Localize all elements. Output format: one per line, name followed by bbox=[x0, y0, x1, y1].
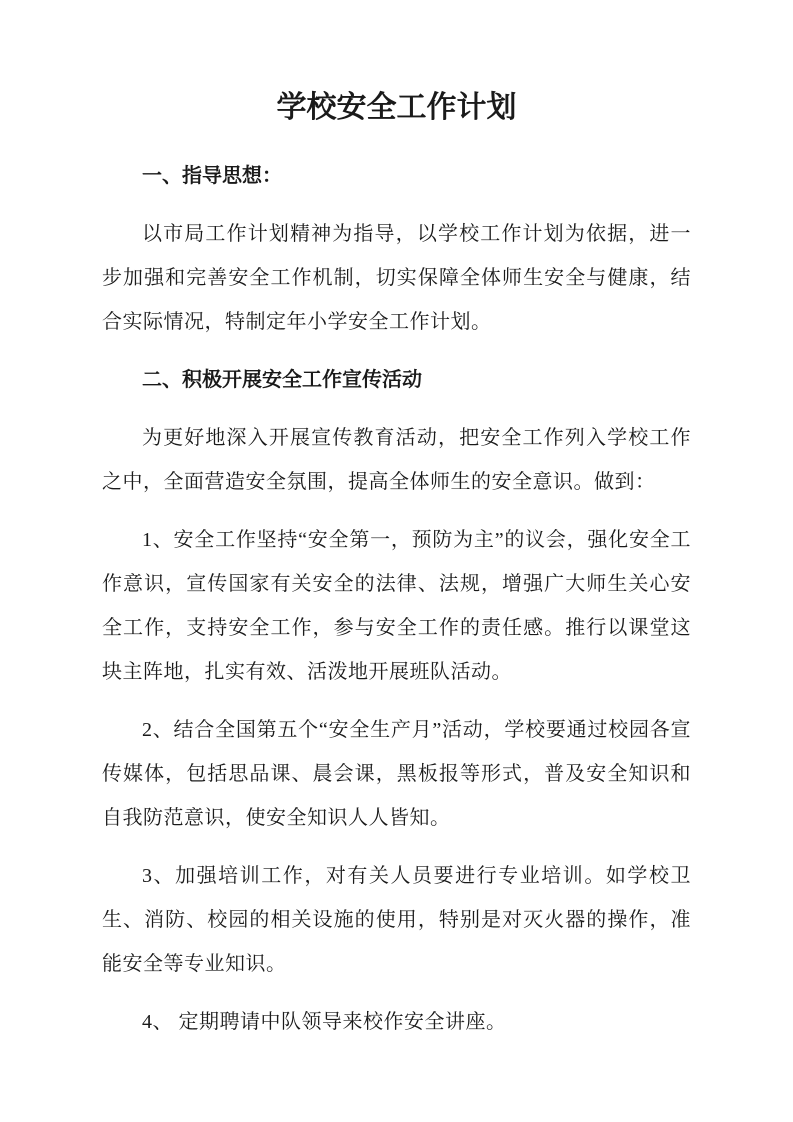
paragraph-publicity-intro: 为更好地深入开展宣传教育活动，把安全工作列入学校工作之中，全面营造安全氛围，提高… bbox=[102, 416, 691, 504]
paragraph-item-4: 4、 定期聘请中队领导来校作安全讲座。 bbox=[102, 1000, 691, 1044]
paragraph-item-2: 2、结合全国第五个“安全生产月”活动，学校要通过校园各宣传媒体，包括思品课、晨会… bbox=[102, 708, 691, 840]
document-page: 学校安全工作计划 一、指导思想： 以市局工作计划精神为指导，以学校工作计划为依据… bbox=[0, 0, 793, 1122]
paragraph-item-1: 1、安全工作坚持“安全第一，预防为主”的议会，强化安全工作意识，宣传国家有关安全… bbox=[102, 518, 691, 694]
section-heading-publicity-activities: 二、积极开展安全工作宣传活动 bbox=[102, 358, 691, 402]
section-heading-guiding-ideology: 一、指导思想： bbox=[102, 154, 691, 198]
page-title: 学校安全工作计划 bbox=[102, 86, 691, 130]
paragraph-item-3: 3、加强培训工作，对有关人员要进行专业培训。如学校卫生、消防、校园的相关设施的使… bbox=[102, 854, 691, 986]
paragraph-guiding-ideology: 以市局工作计划精神为指导，以学校工作计划为依据，进一步加强和完善安全工作机制，切… bbox=[102, 212, 691, 344]
